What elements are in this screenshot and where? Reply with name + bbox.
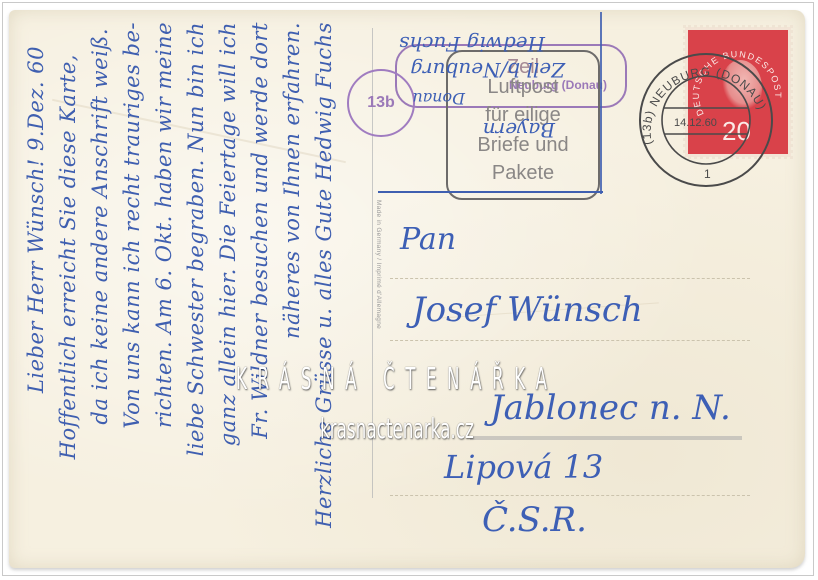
svg-text:14.12.60: 14.12.60 bbox=[674, 117, 717, 129]
ink-underline bbox=[378, 191, 603, 193]
message-line: da ich keine andere Anschrift weiß. bbox=[88, 28, 112, 425]
svg-text:1: 1 bbox=[704, 167, 711, 181]
message-line: Von uns kann ich recht trauriges be- bbox=[120, 22, 144, 429]
sender-line: Hedwig Fuchs bbox=[399, 32, 545, 56]
message-line: richten. Am 6. Okt. haben wir meine bbox=[152, 22, 176, 428]
watermark-underline bbox=[470, 436, 742, 440]
address-name: Josef Wünsch bbox=[412, 290, 643, 330]
box-line: Pakete bbox=[448, 162, 598, 185]
address-salutation: Pan bbox=[400, 222, 456, 257]
message-line: Lieber Herr Wünsch! 9.Dez. 60 bbox=[24, 46, 48, 393]
sender-line: Bayern bbox=[483, 118, 555, 142]
address-rule bbox=[390, 495, 750, 496]
address-street: Lipová 13 bbox=[444, 448, 603, 486]
address-rule bbox=[390, 340, 750, 341]
sender-line: Zell b/Neuburg bbox=[410, 58, 565, 82]
ink-stroke bbox=[600, 12, 602, 194]
address-rule bbox=[390, 278, 750, 279]
message-line: Hoffentlich erreicht Sie diese Karte, bbox=[56, 54, 80, 459]
handwritten-message: Lieber Herr Wünsch! 9.Dez. 60 Hoffentlic… bbox=[14, 18, 364, 563]
message-line: Herzliche Grüsse u. alles Gute Hedwig Fu… bbox=[312, 22, 336, 528]
message-line: näheres von Ihnen erfahren. bbox=[280, 22, 304, 339]
address-country: Č.S.R. bbox=[482, 500, 587, 540]
watermark-url: krasnactenarka.cz bbox=[320, 412, 474, 445]
sender-note-inverted: Hedwig Fuchs Zell b/Neuburg Donau Bayern bbox=[385, 22, 605, 152]
sender-line: Donau bbox=[412, 89, 465, 108]
watermark-title: KRÁSNÁ ČTENÁŘKA bbox=[236, 362, 459, 397]
message-line: liebe Schwester begraben. Nun bin ich bbox=[184, 22, 208, 456]
postmark: (13b) NEUBURG (DONAU) 14.12.60 1 bbox=[628, 48, 778, 198]
